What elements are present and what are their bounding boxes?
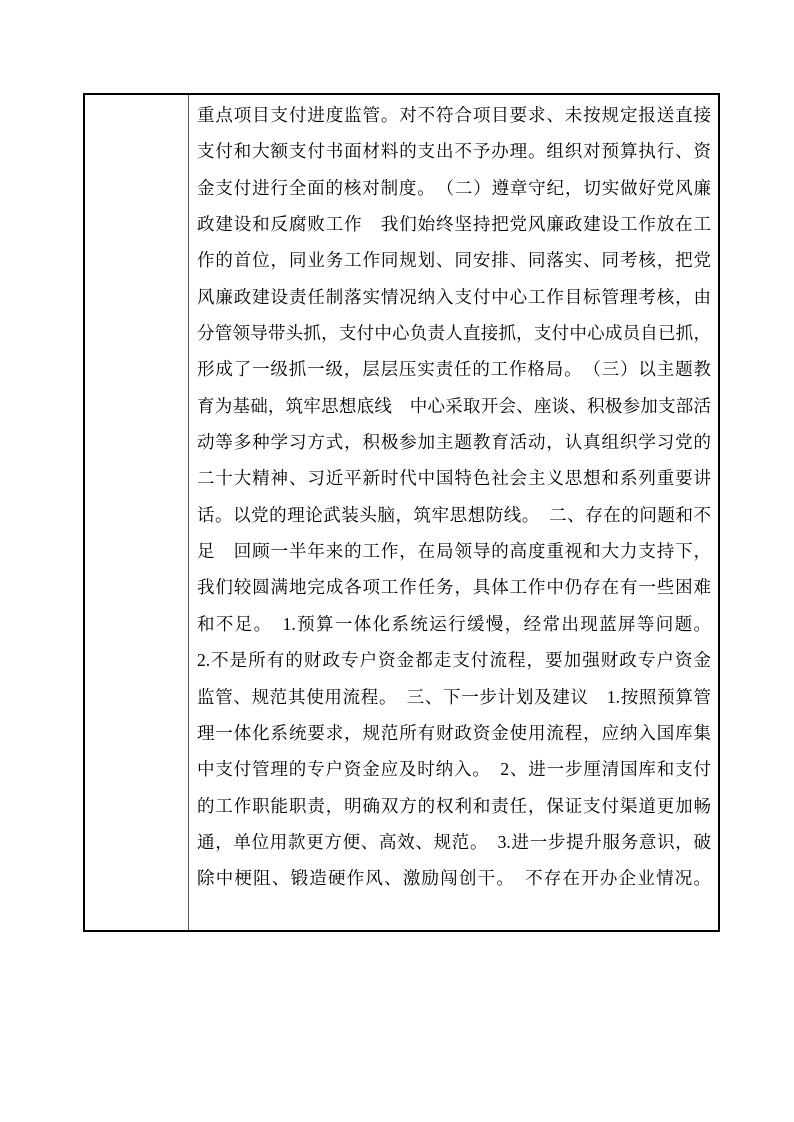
report-text-line: 分管领导带头抓，支付中心负责人直接抓，支付中心成员自已抓， (197, 315, 711, 351)
report-text-line: 理一体化系统要求，规范所有财政资金使用流程，应纳入国库集 (197, 715, 711, 751)
report-text-line: 我们较圆满地完成各项工作任务，具体工作中仍存在有一些困难 (197, 569, 711, 605)
report-text-line: 金支付进行全面的核对制度。 （二）遵章守纪，切实做好党风廉 (197, 170, 711, 206)
report-text-line: 动等多种学习方式，积极参加主题教育活动，认真组织学习党的 (197, 424, 711, 460)
report-text-line: 重点项目支付进度监管。对不符合项目要求、未按规定报送直接 (197, 97, 711, 133)
report-table: 重点项目支付进度监管。对不符合项目要求、未按规定报送直接支付和大额支付书面材料的… (83, 93, 720, 932)
report-text-line: 除中梗阻、锻造硬作风、激励闯创干。 不存在开办企业情况。 (197, 860, 711, 896)
report-text-block: 重点项目支付进度监管。对不符合项目要求、未按规定报送直接支付和大额支付书面材料的… (197, 97, 711, 897)
report-text-line: 通，单位用款更方便、高效、规范。 3.进一步提升服务意识，破 (197, 824, 711, 860)
report-text-line: 2.不是所有的财政专户资金都走支付流程，要加强财政专户资金 (197, 642, 711, 678)
document-page: 重点项目支付进度监管。对不符合项目要求、未按规定报送直接支付和大额支付书面材料的… (0, 0, 794, 1122)
report-text-line: 监管、规范其使用流程。 三、下一步计划及建议 1.按照预算管 (197, 679, 711, 715)
report-text-line: 和不足。 1.预算一体化系统运行缓慢，经常出现蓝屏等问题。 (197, 606, 711, 642)
report-text-line: 足 回顾一半年来的工作，在局领导的高度重视和大力支持下， (197, 533, 711, 569)
report-text-line: 政建设和反腐败工作 我们始终坚持把党风廉政建设工作放在工 (197, 206, 711, 242)
report-text-line: 支付和大额支付书面材料的支出不予办理。组织对预算执行、资 (197, 133, 711, 169)
table-content-cell: 重点项目支付进度监管。对不符合项目要求、未按规定报送直接支付和大额支付书面材料的… (189, 95, 718, 930)
report-text-line: 中支付管理的专户资金应及时纳入。 2、进一步厘清国库和支付 (197, 751, 711, 787)
report-text-line: 作的首位，同业务工作同规划、同安排、同落实、同考核，把党 (197, 242, 711, 278)
report-text-line: 的工作职能职责，明确双方的权利和责任，保证支付渠道更加畅 (197, 788, 711, 824)
report-text-line: 形成了一级抓一级，层层压实责任的工作格局。 （三）以主题教 (197, 351, 711, 387)
report-text-line: 育为基础，筑牢思想底线 中心采取开会、座谈、积极参加支部活 (197, 388, 711, 424)
report-text-line: 风廉政建设责任制落实情况纳入支付中心工作目标管理考核，由 (197, 279, 711, 315)
report-text-line: 话。以党的理论武装头脑，筑牢思想防线。 二、存在的问题和不 (197, 497, 711, 533)
report-text-line: 二十大精神、习近平新时代中国特色社会主义思想和系列重要讲 (197, 460, 711, 496)
table-label-cell (85, 95, 189, 930)
